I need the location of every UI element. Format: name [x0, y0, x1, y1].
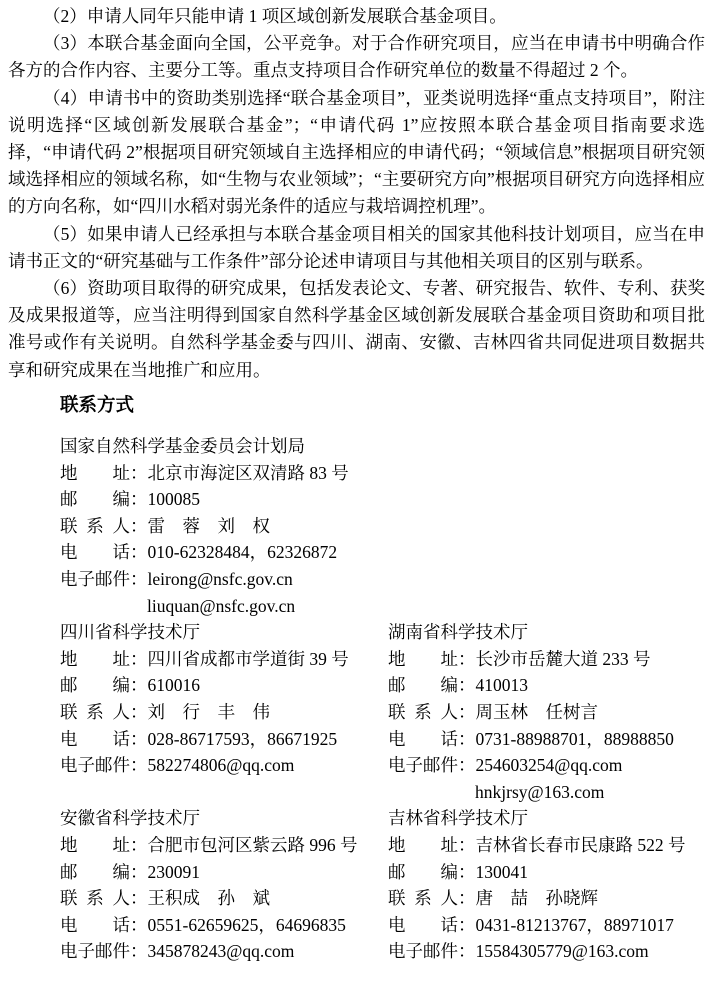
- person-value: 周玉林 任树言: [476, 699, 703, 726]
- postcode-row: 邮编： 610016: [60, 672, 388, 699]
- phone-row: 电话： 0551-62659625，64696835: [60, 912, 388, 939]
- email-value: 254603254@qq.com: [476, 752, 703, 779]
- document-page: （2）申请人同年只能申请 1 项区域创新发展联合基金项目。 （3）本联合基金面向…: [0, 0, 720, 1006]
- contact-block-nsfc: 国家自然科学基金委员会计划局 地址： 北京市海淀区双清路 83 号 邮编： 10…: [60, 433, 702, 619]
- address-row: 地址： 吉林省长春市民康路 522 号: [388, 832, 702, 859]
- label-colon: ：: [458, 938, 476, 965]
- address-label: 地址: [388, 646, 458, 673]
- contacts-row-anhui-jilin: 安徽省科学技术厅 地址： 合肥市包河区紫云路 996 号 邮编： 230091 …: [60, 805, 702, 965]
- label-colon: ：: [130, 726, 148, 753]
- label-colon: ：: [130, 938, 148, 965]
- label-colon: ：: [458, 859, 476, 886]
- person-row: 联系人： 唐 喆 孙晓辉: [388, 885, 702, 912]
- address-row: 地址： 四川省成都市学道街 39 号: [60, 646, 388, 673]
- label-colon: ：: [130, 859, 148, 886]
- email-label: 电子邮件: [60, 938, 130, 965]
- label-colon: ：: [130, 912, 148, 939]
- person-row: 联系人： 刘 行 丰 伟: [60, 699, 388, 726]
- postcode-row: 邮编： 100085: [60, 486, 702, 513]
- postcode-label: 邮编: [60, 486, 130, 513]
- person-value: 王积成 孙 斌: [148, 885, 389, 912]
- label-colon: ：: [458, 646, 476, 673]
- org-name: 国家自然科学基金委员会计划局: [60, 433, 702, 460]
- address-value: 合肥市包河区紫云路 996 号: [148, 832, 389, 859]
- postcode-value: 130041: [476, 859, 703, 886]
- paragraph-item-3: （3）本联合基金面向全国，公平竞争。对于合作研究项目，应当在申请书中明确合作各方…: [8, 30, 705, 84]
- body-paragraphs: （2）申请人同年只能申请 1 项区域创新发展联合基金项目。 （3）本联合基金面向…: [0, 0, 720, 384]
- email-value: leirong@nsfc.gov.cn: [148, 566, 703, 593]
- contacts-heading: 联系方式: [60, 393, 702, 420]
- address-label: 地址: [388, 832, 458, 859]
- org-name: 吉林省科学技术厅: [388, 805, 702, 832]
- label-colon: ：: [130, 460, 148, 487]
- label-colon: ：: [130, 646, 148, 673]
- contact-block-hunan: 湖南省科学技术厅 地址： 长沙市岳麓大道 233 号 邮编： 410013 联系…: [388, 619, 702, 805]
- email-value: hnkjrsy@163.com: [475, 779, 702, 806]
- phone-label: 电话: [60, 912, 130, 939]
- address-label: 地址: [60, 646, 130, 673]
- address-value: 长沙市岳麓大道 233 号: [476, 646, 703, 673]
- phone-label: 电话: [388, 912, 458, 939]
- contact-block-sichuan: 四川省科学技术厅 地址： 四川省成都市学道街 39 号 邮编： 610016 联…: [60, 619, 388, 779]
- person-value: 雷 蓉 刘 权: [148, 513, 703, 540]
- person-label: 联系人: [60, 885, 130, 912]
- email-row-2: hnkjrsy@163.com: [388, 779, 702, 806]
- person-label: 联系人: [60, 513, 130, 540]
- phone-row: 电话： 0731-88988701，88988850: [388, 726, 702, 753]
- email-label: 电子邮件: [60, 752, 130, 779]
- postcode-label: 邮编: [60, 859, 130, 886]
- email-row: 电子邮件： 15584305779@163.com: [388, 938, 702, 965]
- postcode-value: 410013: [476, 672, 703, 699]
- paragraph-item-5: （5）如果申请人已经承担与本联合基金项目相关的国家其他科技计划项目，应当在申请书…: [8, 221, 705, 275]
- phone-label: 电话: [60, 539, 130, 566]
- email-value: liuquan@nsfc.gov.cn: [147, 593, 702, 620]
- email-row: 电子邮件： 582274806@qq.com: [60, 752, 388, 779]
- address-value: 四川省成都市学道街 39 号: [148, 646, 389, 673]
- paragraph-item-2: （2）申请人同年只能申请 1 项区域创新发展联合基金项目。: [8, 3, 705, 30]
- label-colon: ：: [458, 752, 476, 779]
- email-value: 15584305779@163.com: [476, 938, 703, 965]
- email-row-2: liuquan@nsfc.gov.cn: [60, 593, 702, 620]
- postcode-value: 100085: [148, 486, 703, 513]
- contacts-row-sichuan-hunan: 四川省科学技术厅 地址： 四川省成都市学道街 39 号 邮编： 610016 联…: [60, 619, 702, 805]
- paragraph-item-4: （4）申请书中的资助类别选择“联合基金项目”，亚类说明选择“重点支持项目”，附注…: [8, 85, 705, 221]
- email-value: 345878243@qq.com: [148, 938, 389, 965]
- phone-label: 电话: [388, 726, 458, 753]
- label-colon: ：: [458, 885, 476, 912]
- label-colon: ：: [130, 513, 148, 540]
- paragraph-item-6: （6）资助项目取得的研究成果，包括发表论文、专著、研究报告、软件、专利、获奖及成…: [8, 275, 705, 384]
- email-label: 电子邮件: [388, 938, 458, 965]
- postcode-row: 邮编： 230091: [60, 859, 388, 886]
- person-row: 联系人： 雷 蓉 刘 权: [60, 513, 702, 540]
- person-value: 刘 行 丰 伟: [148, 699, 389, 726]
- label-colon: ：: [458, 912, 476, 939]
- email-row: 电子邮件： 254603254@qq.com: [388, 752, 702, 779]
- postcode-label: 邮编: [60, 672, 130, 699]
- address-label: 地址: [60, 832, 130, 859]
- contact-block-jilin: 吉林省科学技术厅 地址： 吉林省长春市民康路 522 号 邮编： 130041 …: [388, 805, 702, 965]
- phone-label: 电话: [60, 726, 130, 753]
- label-colon: ：: [458, 832, 476, 859]
- person-label: 联系人: [60, 699, 130, 726]
- postcode-label: 邮编: [388, 859, 458, 886]
- label-colon: ：: [130, 566, 148, 593]
- label-colon: ：: [458, 672, 476, 699]
- org-name: 湖南省科学技术厅: [388, 619, 702, 646]
- phone-value: 028-86717593，86671925: [148, 726, 389, 753]
- label-colon: ：: [130, 486, 148, 513]
- phone-row: 电话： 028-86717593，86671925: [60, 726, 388, 753]
- email-label: 电子邮件: [388, 752, 458, 779]
- label-spacer: [388, 779, 475, 806]
- postcode-row: 邮编： 130041: [388, 859, 702, 886]
- label-colon: ：: [130, 885, 148, 912]
- email-value: 582274806@qq.com: [148, 752, 389, 779]
- postcode-value: 610016: [148, 672, 389, 699]
- address-label: 地址: [60, 460, 130, 487]
- postcode-row: 邮编： 410013: [388, 672, 702, 699]
- email-row: 电子邮件： 345878243@qq.com: [60, 938, 388, 965]
- label-colon: ：: [130, 672, 148, 699]
- label-colon: ：: [458, 699, 476, 726]
- label-colon: ：: [458, 726, 476, 753]
- org-name: 安徽省科学技术厅: [60, 805, 388, 832]
- address-value: 吉林省长春市民康路 522 号: [476, 832, 703, 859]
- phone-value: 010-62328484，62326872: [148, 539, 703, 566]
- postcode-value: 230091: [148, 859, 389, 886]
- email-row: 电子邮件： leirong@nsfc.gov.cn: [60, 566, 702, 593]
- contacts-section: 联系方式 国家自然科学基金委员会计划局 地址： 北京市海淀区双清路 83 号 邮…: [60, 393, 702, 965]
- person-value: 唐 喆 孙晓辉: [476, 885, 703, 912]
- label-colon: ：: [130, 752, 148, 779]
- email-label: 电子邮件: [60, 566, 130, 593]
- person-label: 联系人: [388, 699, 458, 726]
- phone-row: 电话： 0431-81213767，88971017: [388, 912, 702, 939]
- phone-value: 0431-81213767，88971017: [476, 912, 703, 939]
- postcode-label: 邮编: [388, 672, 458, 699]
- phone-value: 0551-62659625，64696835: [148, 912, 389, 939]
- label-colon: ：: [130, 539, 148, 566]
- phone-value: 0731-88988701，88988850: [476, 726, 703, 753]
- address-row: 地址： 长沙市岳麓大道 233 号: [388, 646, 702, 673]
- address-row: 地址： 北京市海淀区双清路 83 号: [60, 460, 702, 487]
- address-value: 北京市海淀区双清路 83 号: [148, 460, 703, 487]
- person-row: 联系人： 王积成 孙 斌: [60, 885, 388, 912]
- label-spacer: [60, 593, 147, 620]
- person-row: 联系人： 周玉林 任树言: [388, 699, 702, 726]
- label-colon: ：: [130, 699, 148, 726]
- org-name: 四川省科学技术厅: [60, 619, 388, 646]
- address-row: 地址： 合肥市包河区紫云路 996 号: [60, 832, 388, 859]
- contact-block-anhui: 安徽省科学技术厅 地址： 合肥市包河区紫云路 996 号 邮编： 230091 …: [60, 805, 388, 965]
- label-colon: ：: [130, 832, 148, 859]
- phone-row: 电话： 010-62328484，62326872: [60, 539, 702, 566]
- person-label: 联系人: [388, 885, 458, 912]
